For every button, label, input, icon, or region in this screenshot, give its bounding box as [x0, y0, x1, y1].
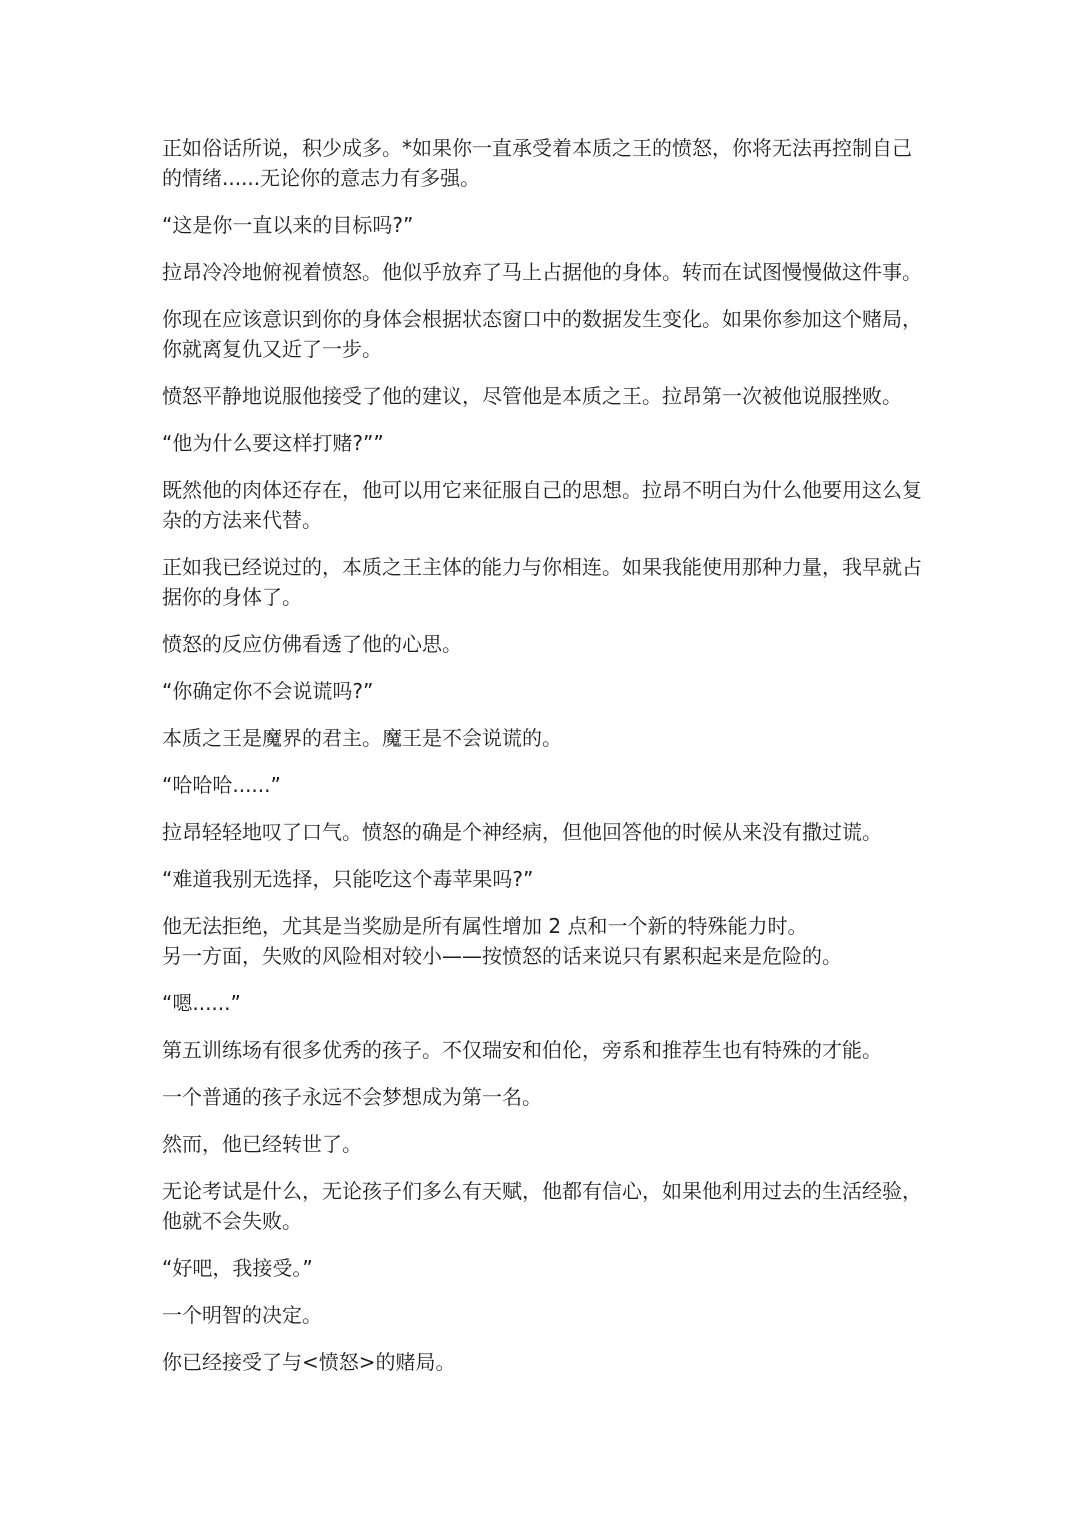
paragraph: 愤怒平静地说服他接受了他的建议，尽管他是本质之王。拉昂第一次被他说服挫败。: [162, 381, 924, 411]
paragraph: “你确定你不会说谎吗?”: [162, 676, 924, 706]
paragraph: “哈哈哈......”: [162, 770, 924, 800]
paragraph: 一个明智的决定。: [162, 1300, 924, 1330]
paragraph: 正如俗话所说，积少成多。*如果你一直承受着本质之王的愤怒，你将无法再控制自己的情…: [162, 133, 924, 193]
document-page: 正如俗话所说，积少成多。*如果你一直承受着本质之王的愤怒，你将无法再控制自己的情…: [162, 133, 924, 1394]
paragraph: “好吧，我接受。”: [162, 1253, 924, 1283]
paragraph: “这是你一直以来的目标吗?”: [162, 210, 924, 240]
paragraph: 无论考试是什么，无论孩子们多么有天赋，他都有信心，如果他利用过去的生活经验，他就…: [162, 1176, 924, 1236]
paragraph: 本质之王是魔界的君主。魔王是不会说谎的。: [162, 723, 924, 753]
paragraph: 拉昂冷冷地俯视着愤怒。他似乎放弃了马上占据他的身体。转而在试图慢慢做这件事。: [162, 257, 924, 287]
paragraph: 愤怒的反应仿佛看透了他的心思。: [162, 629, 924, 659]
paragraph: “他为什么要这样打赌?””: [162, 428, 924, 458]
paragraph: 你已经接受了与<愤怒>的赌局。: [162, 1347, 924, 1377]
paragraph: 他无法拒绝，尤其是当奖励是所有属性增加 2 点和一个新的特殊能力时。 另一方面，…: [162, 911, 924, 971]
paragraph: “嗯......”: [162, 988, 924, 1018]
paragraph: 正如我已经说过的，本质之王主体的能力与你相连。如果我能使用那种力量，我早就占据你…: [162, 552, 924, 612]
paragraph: 第五训练场有很多优秀的孩子。不仅瑞安和伯伦，旁系和推荐生也有特殊的才能。: [162, 1035, 924, 1065]
paragraph: 拉昂轻轻地叹了口气。愤怒的确是个神经病，但他回答他的时候从来没有撒过谎。: [162, 817, 924, 847]
paragraph: 然而，他已经转世了。: [162, 1129, 924, 1159]
paragraph: 一个普通的孩子永远不会梦想成为第一名。: [162, 1082, 924, 1112]
paragraph: 你现在应该意识到你的身体会根据状态窗口中的数据发生变化。如果你参加这个赌局，你就…: [162, 304, 924, 364]
paragraph: 既然他的肉体还存在，他可以用它来征服自己的思想。拉昂不明白为什么他要用这么复杂的…: [162, 475, 924, 535]
paragraph: “难道我别无选择，只能吃这个毒苹果吗?”: [162, 864, 924, 894]
